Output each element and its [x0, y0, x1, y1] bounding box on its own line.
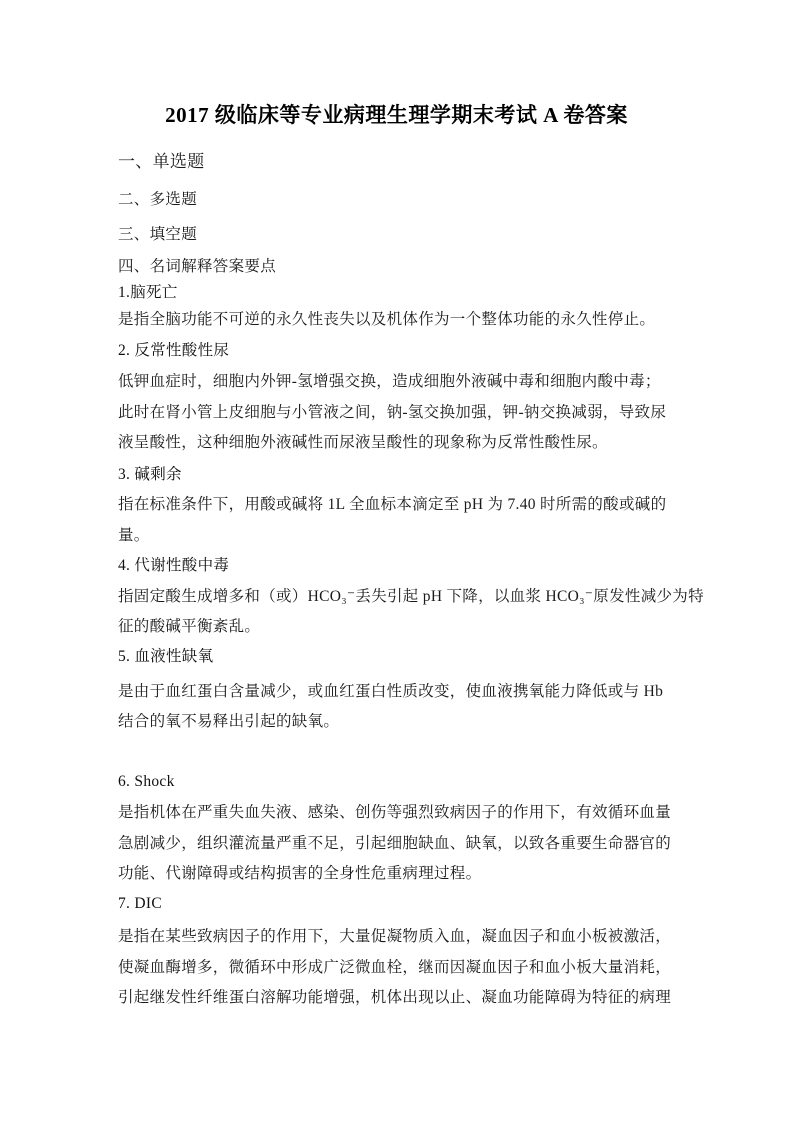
- term-metabolic-acidosis: 4. 代谢性酸中毒: [118, 556, 684, 576]
- definition-line: 指在标准条件下，用酸或碱将 1L 全血标本滴定至 pH 为 7.40 时所需的酸…: [118, 495, 684, 515]
- section-heading-fill-blank: 三、填空题: [118, 225, 684, 245]
- section-heading-multi-choice: 二、多选题: [118, 190, 684, 210]
- definition-line: 此时在肾小管上皮细胞与小管液之间，钠-氢交换加强，钾-钠交换减弱，导致尿: [118, 403, 684, 423]
- section-heading-single-choice: 一、单选题: [118, 152, 684, 172]
- definition-line: 是指机体在严重失血失液、感染、创伤等强烈致病因子的作用下，有效循环血量: [118, 803, 684, 823]
- definition-line: 急剧减少，组织灌流量严重不足，引起细胞缺血、缺氧，以致各重要生命器官的: [118, 834, 684, 854]
- definition-line: 量。: [118, 526, 684, 546]
- term-base-excess: 3. 碱剩余: [118, 465, 684, 485]
- section-heading-definitions: 四、名词解释答案要点: [118, 257, 684, 277]
- term-shock: 6. Shock: [118, 772, 684, 792]
- definition-line: 征的酸碱平衡紊乱。: [118, 617, 684, 637]
- definition-line: 指固定酸生成增多和（或）HCO₃⁻丢失引起 pH 下降，以血浆 HCO₃⁻原发性…: [118, 587, 684, 607]
- term-hemic-hypoxia: 5. 血液性缺氧: [118, 647, 684, 667]
- term-brain-death: 1.脑死亡: [118, 283, 684, 303]
- definition-line: 使凝血酶增多，微循环中形成广泛微血栓，继而因凝血因子和血小板大量消耗，: [118, 958, 684, 978]
- definition-line: 是指全脑功能不可逆的永久性丧失以及机体作为一个整体功能的永久性停止。: [118, 310, 684, 330]
- definition-line: 是由于血红蛋白含量减少，或血红蛋白性质改变，使血液携氧能力降低或与 Hb: [118, 682, 684, 702]
- definition-line: 结合的氧不易释出引起的缺氧。: [118, 712, 684, 732]
- document-page: 2017 级临床等专业病理生理学期末考试 A 卷答案 一、单选题 二、多选题 三…: [0, 0, 793, 1122]
- definition-line: 是指在某些致病因子的作用下，大量促凝物质入血，凝血因子和血小板被激活，: [118, 927, 684, 947]
- definition-line: 引起继发性纤维蛋白溶解功能增强，机体出现以止、凝血功能障碍为特征的病理: [118, 988, 684, 1008]
- term-dic: 7. DIC: [118, 894, 684, 914]
- definition-line: 功能、代谢障碍或结构损害的全身性危重病理过程。: [118, 864, 684, 884]
- definition-line: 低钾血症时，细胞内外钾-氢增强交换，造成细胞外液碱中毒和细胞内酸中毒；: [118, 372, 684, 392]
- document-title: 2017 级临床等专业病理生理学期末考试 A 卷答案: [0, 99, 793, 129]
- term-paradoxical-acidic-urine: 2. 反常性酸性尿: [118, 341, 684, 361]
- definition-line: 液呈酸性，这种细胞外液碱性而尿液呈酸性的现象称为反常性酸性尿。: [118, 433, 684, 453]
